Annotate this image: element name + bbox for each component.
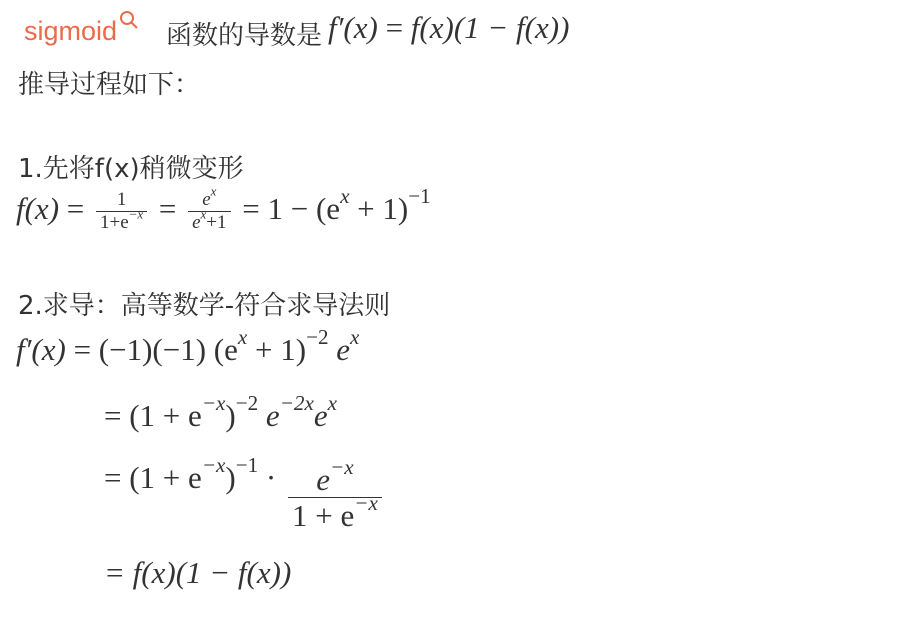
frac2-num-exp: x (211, 183, 217, 198)
search-icon[interactable] (119, 10, 139, 30)
line3-dot: · (258, 460, 284, 495)
formula-rhs: f(x)(1 − f(x)) (411, 10, 570, 45)
frac2-den-base: e (192, 212, 200, 233)
subtitle: 推导过程如下： (18, 64, 200, 101)
line4: = f(x)(1 − f(x)) (104, 555, 291, 590)
intro-line: sigmoid (24, 10, 139, 47)
line1-exp3: x (350, 325, 359, 349)
rhs-b: + 1) (349, 191, 408, 226)
line3-num-exp: −x (330, 455, 354, 479)
line3-num: e−x (312, 463, 357, 497)
line2-c: e (258, 398, 280, 433)
frac2-den-tail: +1 (206, 212, 226, 233)
line1-c: e (329, 332, 351, 367)
line3-den: 1 + e−x (288, 497, 382, 534)
line1-exp2: −2 (306, 325, 328, 349)
line2-a: = (1 + e (104, 398, 202, 433)
step2-heading: 2.求导：高等数学-符合求导法则 (18, 285, 390, 322)
sigmoid-link[interactable]: sigmoid (24, 16, 117, 46)
step1-heading: 1.先将f(x)稍微变形 (18, 148, 244, 185)
frac1-den-base: 1+e (100, 212, 129, 233)
line2-b: ) (225, 398, 235, 433)
frac2-den: ex+1 (188, 211, 230, 234)
eq-sign: = (67, 191, 84, 226)
line3-num-base: e (316, 462, 330, 497)
step2-line3: = (1 + e−x)−1 · e−x 1 + e−x (104, 460, 386, 534)
rhs-a: 1 − (e (267, 191, 340, 226)
formula-lhs: f′(x) (328, 10, 378, 45)
line1-a: = (−1)(−1) (e (74, 332, 238, 367)
line3-den-exp: −x (354, 491, 378, 515)
step2-line1: f′(x) = (−1)(−1) (ex + 1)−2 ex (16, 332, 359, 368)
rhs-outer-exp: −1 (408, 184, 430, 208)
line1-lhs: f′(x) (16, 332, 66, 367)
frac1-den: 1+e−x (96, 211, 147, 234)
fraction-1: 1 1+e−x (96, 190, 147, 234)
line3-exp1: −x (202, 453, 226, 477)
line3-den-base: 1 + e (292, 498, 354, 533)
frac1-den-exp: −x (129, 206, 143, 221)
line3-exp2: −1 (236, 453, 258, 477)
line2-d: e (314, 398, 328, 433)
step1-lhs: f(x) (16, 191, 59, 226)
eq-sign: = (242, 191, 259, 226)
line1-b: + 1) (247, 332, 306, 367)
fraction-2: ex ex+1 (188, 190, 230, 234)
step1-formula: f(x) = 1 1+e−x = ex ex+1 = 1 − (ex + 1)−… (16, 190, 431, 234)
line3-a: = (1 + e (104, 460, 202, 495)
line2-exp2: −2 (236, 391, 258, 415)
intro-text: 函数的导数是 (166, 15, 322, 52)
line1-exp1: x (238, 325, 247, 349)
line3-fraction: e−x 1 + e−x (288, 463, 382, 534)
step2-line2: = (1 + e−x)−2 e−2xex (104, 398, 337, 434)
step2-line4: = f(x)(1 − f(x)) (104, 555, 291, 591)
formula-eq: = (386, 10, 403, 45)
line2-exp1: −x (202, 391, 226, 415)
line2-exp3: −2x (280, 391, 314, 415)
eq-sign: = (159, 191, 176, 226)
line2-exp4: x (328, 391, 337, 415)
line3-b: ) (225, 460, 235, 495)
intro-formula: f′(x) = f(x)(1 − f(x)) (328, 10, 569, 46)
